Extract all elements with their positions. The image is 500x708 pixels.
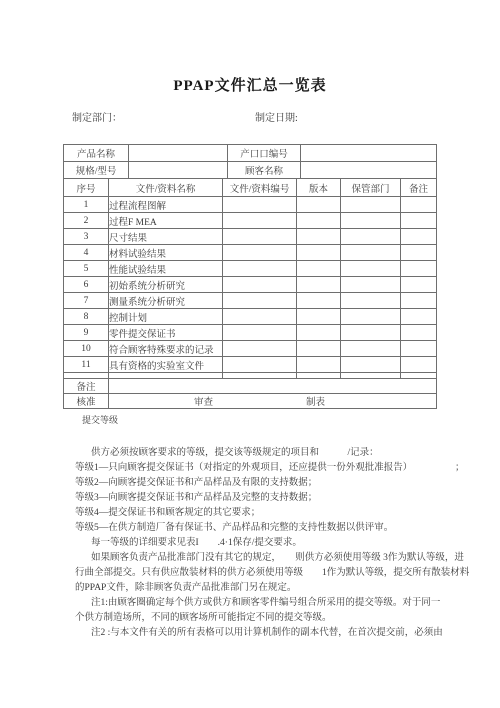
item-no: 3 [64, 229, 109, 245]
table-row: 8 控制计划 [64, 309, 437, 325]
signoff-row: 核准 审查 制表 [64, 394, 437, 409]
table-row: 9 零件提交保证书 [64, 325, 437, 341]
item-name: 零件提交保证书 [109, 325, 223, 341]
signoff-cells: 审查 制表 [109, 394, 436, 408]
item-no: 5 [64, 261, 109, 277]
table-row: 4 材料试验结果 [64, 245, 437, 261]
item-name: 符合顾客特殊要求的记录 [109, 341, 223, 357]
header-doc-code: 文件/资料编号 [223, 179, 297, 197]
paragraph-line: 注2 :与本文件有关的所有表格可以用计算机制作的副本代替，在首次提交前，必须由 [75, 626, 441, 641]
table-row: 11 具有资格的实验室文件 [64, 357, 437, 373]
header-version: 版本 [297, 179, 341, 197]
paragraph-line: 个供方制造场所，不同的顾客场所可能指定不同的提交等级。 [75, 611, 441, 626]
item-name: 控制计划 [109, 309, 223, 325]
product-code-value [301, 145, 437, 162]
item-no: 11 [64, 357, 109, 373]
submission-level-notes: 供方必须按顾客要求的等级，提交该等级规定的项目和 /记录： 等级1—只向顾客提交… [75, 446, 441, 641]
product-code-label: 产口口编号 [228, 145, 301, 162]
table-row: 7 测量系统分析研究 [64, 293, 437, 309]
table-row: 6 初始系统分析研究 [64, 277, 437, 293]
item-no: 6 [64, 277, 109, 293]
item-name: 尺寸结果 [109, 229, 223, 245]
table-row: 3 尺寸结果 [64, 229, 437, 245]
document-page: PPAP文件汇总一览表 制定部门： 制定日期: 产品名称 产口口编号 规格/型号… [0, 0, 500, 708]
submission-level-label: 提交等级 [82, 413, 500, 426]
customer-name-label: 顾客名称 [228, 162, 301, 179]
spec-model-value [129, 162, 228, 179]
item-no: 9 [64, 325, 109, 341]
item-no: 4 [64, 245, 109, 261]
header-doc-name: 文件/资料名称 [109, 179, 223, 197]
paragraph-line: 行曲全部提交。只有供应散装材料的供方必须使用等级 1作为默认等级，提交所有散装材… [75, 566, 441, 581]
dept-label: 制定部门： [72, 109, 122, 124]
review-label: 审查 [194, 394, 213, 408]
table-row: 10 符合顾客特殊要求的记录 [64, 341, 437, 357]
table-header-row: 序号 文件/资料名称 文件/资料编号 版本 保管部门 备注 [64, 179, 437, 197]
item-no: 2 [64, 213, 109, 229]
item-no: 8 [64, 309, 109, 325]
table-row: 2 过程F MEA [64, 213, 437, 229]
paragraph-line: 每一等级的详细要求见表I .4·1保存/提交要求。 [75, 536, 441, 551]
table-row: 5 性能试验结果 [64, 261, 437, 277]
ppap-summary-table: 产品名称 产口口编号 规格/型号 顾客名称 序号 文件/资料名称 文件/资料编号… [63, 144, 437, 409]
item-name: 材料试验结果 [109, 245, 223, 261]
remark-row: 备注 [64, 379, 437, 394]
product-name-label: 产品名称 [64, 145, 129, 162]
paragraph-line: 等级1—只向顾客提交保证书（对指定的外观项目，还应提供一份外观批准报告） ； [75, 461, 441, 476]
customer-name-value [301, 162, 437, 179]
paragraph-line: 供方必须按顾客要求的等级，提交该等级规定的项目和 /记录： [75, 446, 441, 461]
paragraph-line: 等级4—提交保证书和顾客规定的其它要求； [75, 506, 441, 521]
approve-label: 核准 [64, 394, 109, 409]
paragraph-line: 注1:由顾客圈确定每个供方或供方和顾客零件编号组合所采用的提交等级。对于同一 [75, 596, 441, 611]
remark-value [109, 379, 437, 394]
item-name: 初始系统分析研究 [109, 277, 223, 293]
item-name: 具有资格的实验室文件 [109, 357, 223, 373]
header-keeper-dept: 保管部门 [341, 179, 401, 197]
item-name: 过程流程图解 [109, 197, 223, 213]
tabulate-label: 制表 [306, 394, 325, 408]
item-name: 测量系统分析研究 [109, 293, 223, 309]
product-name-value [129, 145, 228, 162]
spec-model-label: 规格/型号 [64, 162, 129, 179]
paragraph-line: 等级2—向顾客提交保证书和产品样品及有限的支持数据； [75, 476, 441, 491]
item-no: 7 [64, 293, 109, 309]
date-label: 制定日期: [255, 109, 298, 124]
paragraph-line: 如果顾客负责产品批准部门没有其它的规定， 则供方必须使用等级 3作为默认等级，进 [75, 551, 441, 566]
item-name: 过程F MEA [109, 213, 223, 229]
remark-label: 备注 [64, 379, 109, 394]
table-row: 1 过程流程图解 [64, 197, 437, 213]
item-name: 性能试验结果 [109, 261, 223, 277]
meta-row: 制定部门： 制定日期: [0, 109, 500, 123]
paragraph-line: 等级3—向顾客提交保证书和产品样品及完整的支持数据； [75, 491, 441, 506]
paragraph-line: 等级5—在供方制造厂备有保证书、产品样品和完整的支持性数据以供评审。 [75, 521, 441, 536]
header-no: 序号 [64, 179, 109, 197]
item-no: 10 [64, 341, 109, 357]
item-no: 1 [64, 197, 109, 213]
table-row: 规格/型号 顾客名称 [64, 162, 437, 179]
header-remark: 备注 [401, 179, 437, 197]
table-row: 产品名称 产口口编号 [64, 145, 437, 162]
page-title: PPAP文件汇总一览表 [0, 0, 500, 95]
paragraph-line: 的PPAP文件，除非顾客负责产品批准部门另在规定。 [75, 581, 441, 596]
